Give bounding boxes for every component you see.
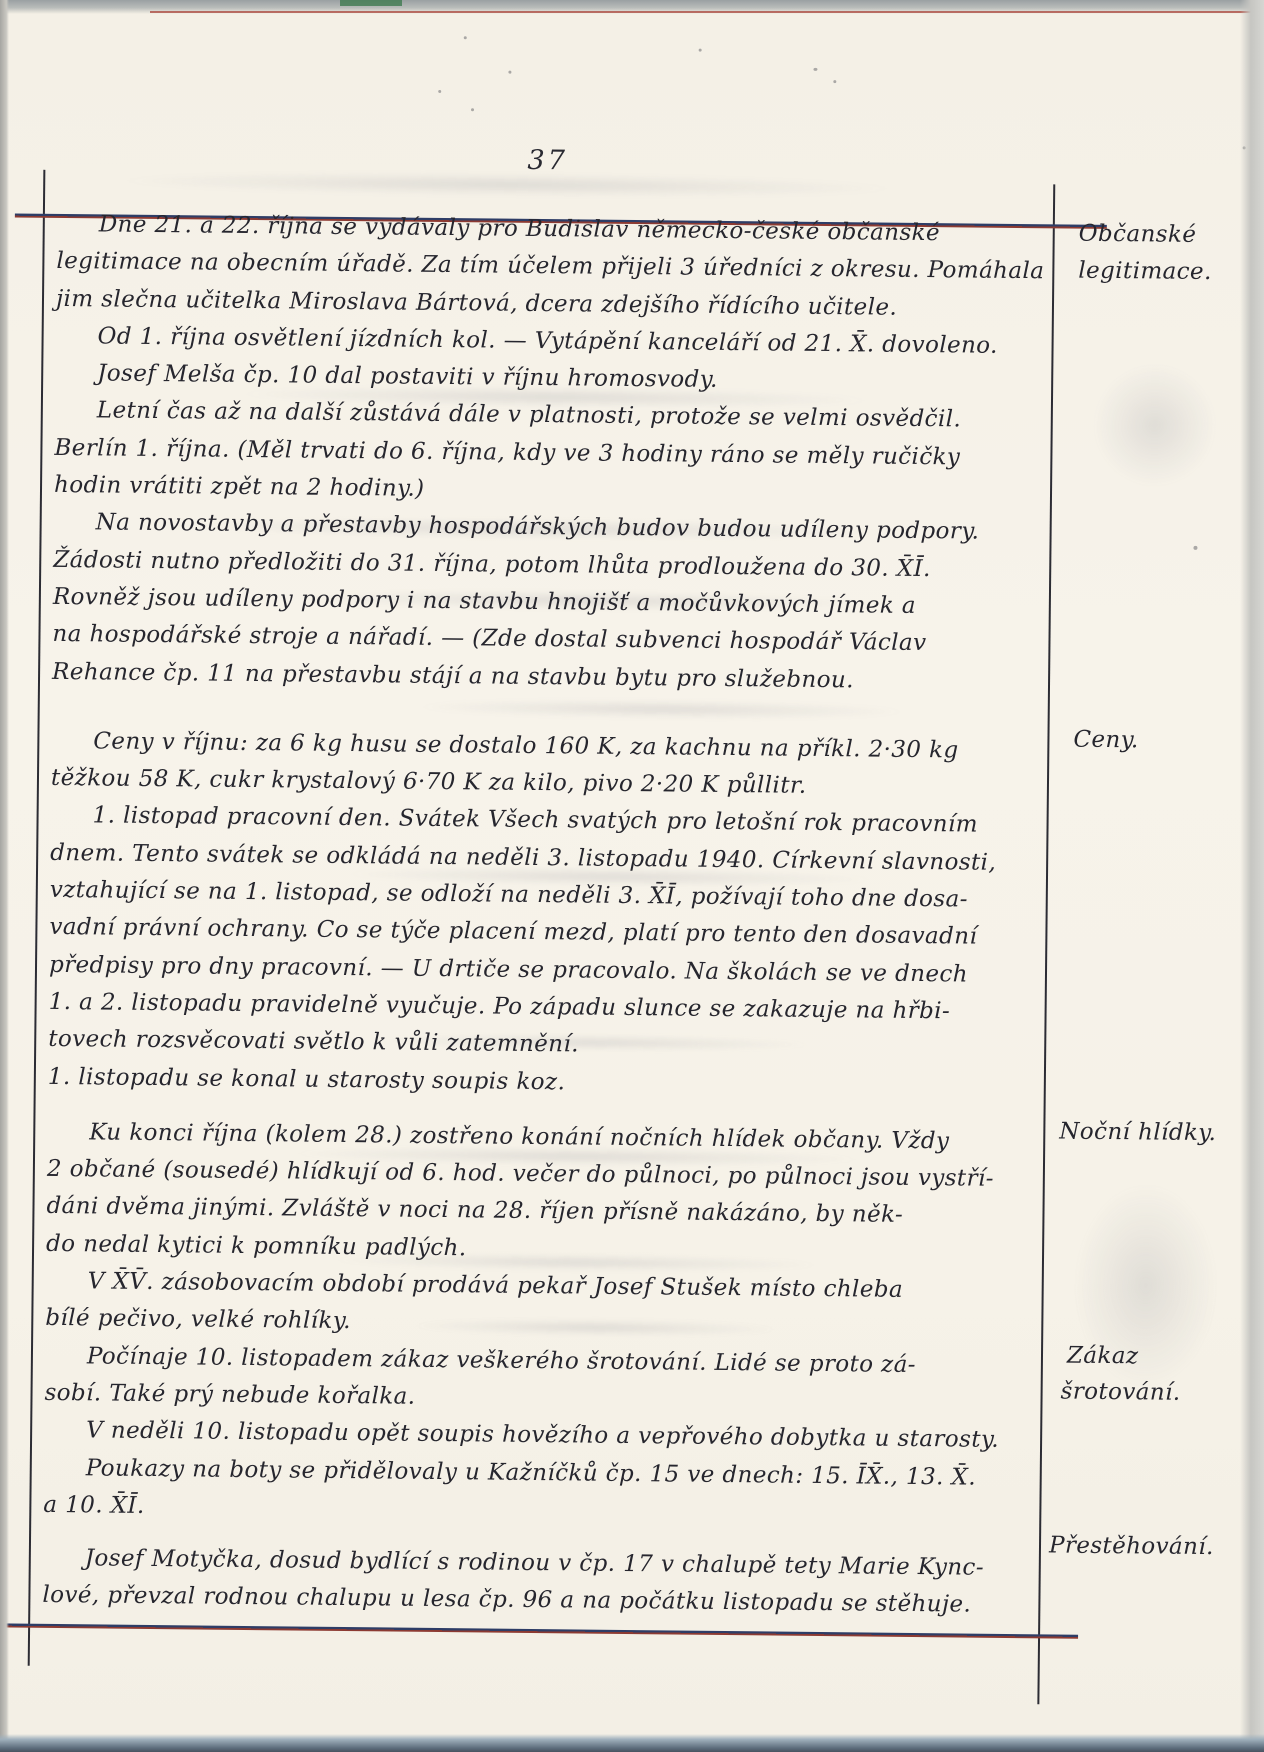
margin-note: Zákaz bbox=[1067, 1343, 1139, 1370]
dust-speck bbox=[508, 71, 511, 74]
dust-speck bbox=[699, 49, 702, 52]
bleed-through-smudge bbox=[127, 170, 887, 200]
page-number: 37 bbox=[527, 145, 568, 176]
scanned-paper: 37 Dne 21. a 22. října se vydávaly pro B… bbox=[0, 0, 1264, 1752]
margin-note: Přestěhování. bbox=[1049, 1532, 1214, 1560]
dust-speck bbox=[464, 36, 467, 39]
margin-note: Noční hlídky. bbox=[1059, 1118, 1216, 1146]
margin-note: Občanské bbox=[1079, 221, 1197, 248]
dust-speck bbox=[833, 80, 836, 83]
margin-note: šrotování. bbox=[1060, 1379, 1180, 1406]
dust-speck bbox=[471, 108, 474, 111]
handwritten-body: Dne 21. a 22. října se vydávaly pro Budi… bbox=[42, 206, 1045, 1625]
scan-edge-left bbox=[0, 0, 9, 1752]
scan-edge-right bbox=[1240, 0, 1264, 1752]
scan-edge-red-line bbox=[150, 11, 1264, 13]
margin-note: legitimace. bbox=[1078, 258, 1212, 285]
page-content: 37 Dne 21. a 22. října se vydávaly pro B… bbox=[0, 0, 1264, 1752]
scan-edge-bottom bbox=[0, 1734, 1264, 1752]
bottom-ruled-line bbox=[0, 1623, 1078, 1638]
bleed-through-smudge bbox=[1094, 365, 1215, 486]
dust-speck bbox=[438, 90, 441, 93]
scan-artifact-green bbox=[340, 0, 402, 6]
margin-note: Ceny. bbox=[1073, 727, 1139, 754]
left-margin-rule bbox=[28, 170, 46, 1666]
dust-speck bbox=[813, 68, 817, 71]
dust-speck bbox=[1193, 546, 1197, 550]
